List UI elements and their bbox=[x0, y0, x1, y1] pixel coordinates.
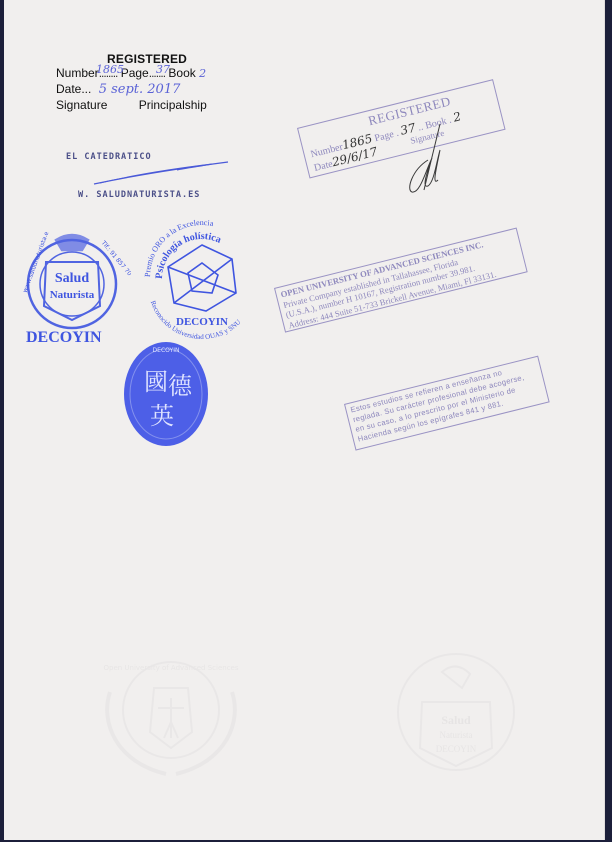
psicologia-holistica-stamp: Premio ORO a la Excelencia Psicología ho… bbox=[132, 207, 272, 339]
number-value: 1865 bbox=[96, 63, 124, 76]
principalship-label: Principalship bbox=[139, 98, 207, 112]
stamp-book-value: 2 bbox=[452, 109, 463, 124]
stamp-page-label: Page . bbox=[373, 128, 399, 145]
chinese-seal-stamp: 國 德 英 DECOYIN bbox=[120, 338, 212, 450]
stamp-date-label: Date bbox=[313, 159, 334, 174]
registration-date-line: Date... 5 sept. 2017 bbox=[56, 82, 180, 97]
book-value: 2 bbox=[199, 67, 206, 80]
svg-text:DECOYIN: DECOYIN bbox=[436, 744, 477, 754]
book-label: Book bbox=[168, 66, 195, 80]
page-value: 37 bbox=[156, 63, 170, 76]
handwritten-signature bbox=[402, 120, 452, 200]
embossed-seal-university: Open University of Advanced Sciences bbox=[96, 652, 246, 777]
svg-text:Salud: Salud bbox=[55, 271, 89, 286]
svg-text:德: 德 bbox=[168, 372, 193, 400]
svg-text:DECOYIN: DECOYIN bbox=[176, 316, 228, 328]
document-page: REGISTERED Number........ 1865Page......… bbox=[4, 0, 605, 840]
svg-text:DECOYIN: DECOYIN bbox=[153, 347, 180, 354]
catedratico-stamp-line2: W. SALUDNATURISTA.ES bbox=[78, 190, 200, 200]
signature-line: Signature Principalship bbox=[56, 98, 207, 112]
registration-number-line: Number........ 1865Page....... 37Book 2 bbox=[56, 66, 206, 80]
svg-text:英: 英 bbox=[150, 402, 174, 430]
date-label: Date... bbox=[56, 82, 91, 96]
svg-text:Salud: Salud bbox=[441, 713, 471, 727]
number-label: Number bbox=[56, 66, 99, 80]
embossed-seal-salud: Salud Naturista DECOYIN bbox=[392, 648, 520, 776]
svg-text:Naturista: Naturista bbox=[50, 289, 95, 301]
svg-text:DECOYIN: DECOYIN bbox=[26, 329, 102, 346]
svg-text:國: 國 bbox=[144, 368, 168, 396]
open-university-stamp: OPEN UNIVERSITY OF ADVANCED SCIENCES INC… bbox=[274, 228, 528, 333]
signature-label: Signature bbox=[56, 98, 107, 112]
date-value: 5 sept. 2017 bbox=[99, 82, 181, 97]
svg-text:Open University of Advanced Sc: Open University of Advanced Sciences bbox=[103, 664, 238, 672]
blue-signature-stroke bbox=[92, 158, 232, 188]
estudios-stamp: Estos estudios se refieren a enseñanza n… bbox=[344, 356, 550, 451]
svg-text:Naturista: Naturista bbox=[440, 730, 473, 740]
page-label: Page bbox=[121, 66, 149, 80]
salud-naturista-stamp: Salud Naturista DECOYIN www.saludnaturis… bbox=[16, 232, 131, 347]
